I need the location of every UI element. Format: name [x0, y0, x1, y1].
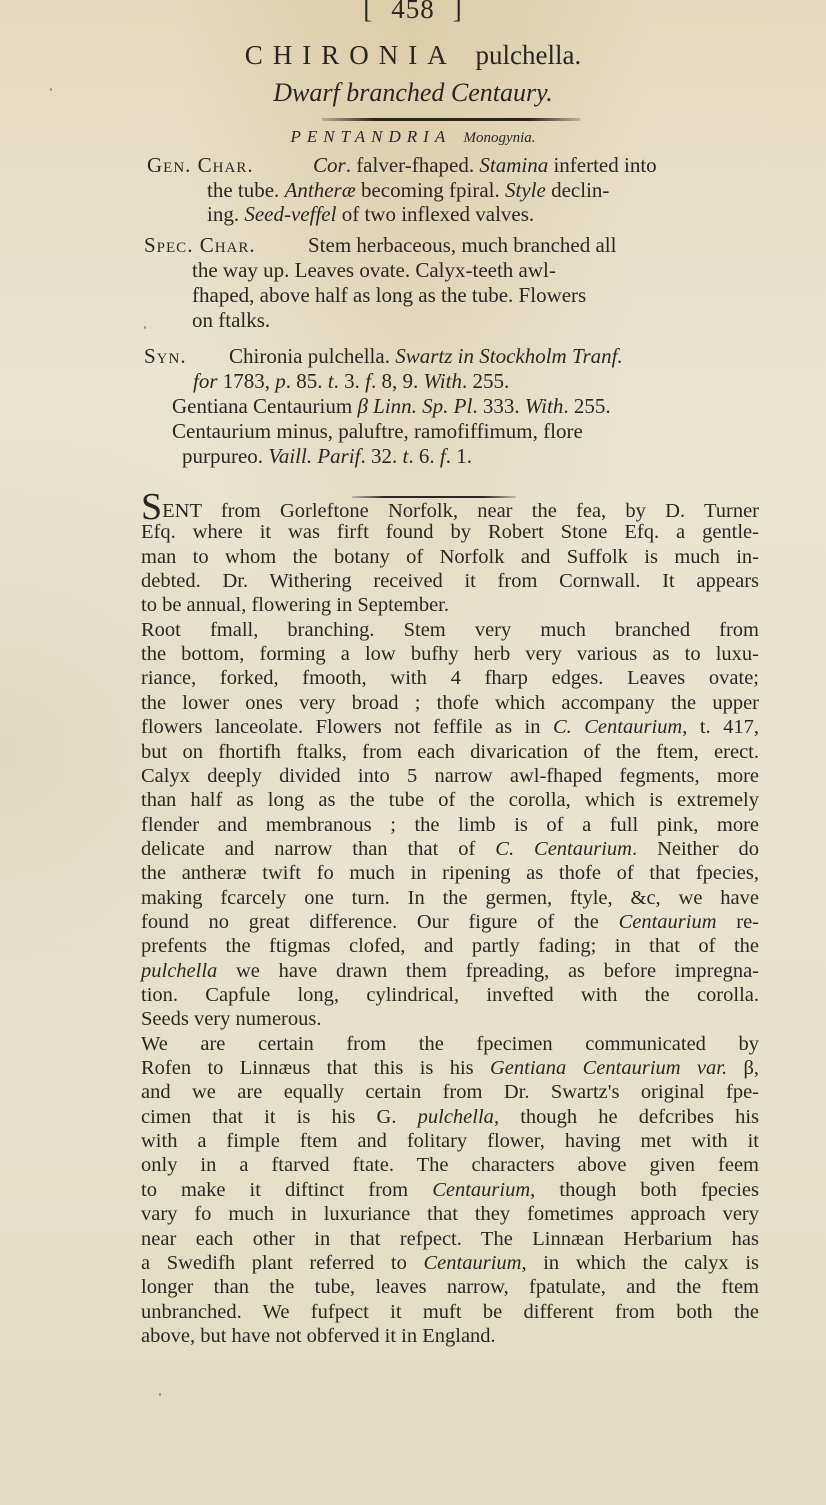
body-line: to make it diftinct from Centaurium, tho…: [141, 1179, 759, 1202]
order-name: Monogynia.: [463, 130, 535, 146]
page-title: CHIRONIA pulchella.: [0, 40, 826, 71]
paper-speck: [159, 1393, 161, 1396]
body-line: unbranched. We fufpect it muft be differ…: [141, 1301, 759, 1324]
text-run: Rofen to Linnæus that this is his: [141, 1057, 490, 1079]
text-run: . 1.: [446, 444, 472, 468]
text-run: with a fimple ftem and folitary flower, …: [141, 1130, 759, 1152]
text-run: purpureo.: [182, 444, 268, 468]
text-run: declin-: [546, 178, 610, 202]
spec-char-line: on ftalks.: [192, 308, 270, 332]
body-line: longer than the tube, leaves narrow, fpa…: [141, 1276, 759, 1299]
body-line: flender and membranous ; the limb is of …: [141, 814, 759, 837]
text-run: of two inflexed valves.: [336, 202, 534, 226]
body-line: We are certain from the fpecimen communi…: [141, 1033, 759, 1056]
text-run: ENT from Gorleftone Norfolk, near the fe…: [162, 500, 759, 522]
body-line: to be annual, flowering in September.: [141, 594, 759, 617]
text-run: . 8, 9.: [371, 369, 424, 393]
text-run: making fcarcely one turn. In the germen,…: [141, 887, 759, 909]
text-run: Root fmall, branching. Stem very much br…: [141, 619, 759, 641]
paper-speck: [144, 326, 146, 329]
page-number: [458]: [0, 0, 826, 25]
left-bracket: [: [363, 0, 373, 25]
text-run: , though he defcribes his: [494, 1106, 759, 1128]
text-run: . 255.: [563, 394, 610, 418]
text-run: Stem herbaceous, much branched all: [308, 233, 616, 257]
text-run: Calyx deeply divided into 5 narrow awl-f…: [141, 765, 759, 787]
text-run: We are certain from the fpecimen communi…: [141, 1033, 759, 1055]
italic-run: for: [193, 369, 218, 393]
text-run: to make it diftinct from: [141, 1179, 432, 1201]
top-divider: [322, 118, 580, 121]
text-run: the lower ones very broad ; thofe which …: [141, 692, 759, 714]
body-line: the lower ones very broad ; thofe which …: [141, 692, 759, 715]
text-run: the antheræ twift fo much in ripening as…: [141, 862, 759, 884]
text-run: . 6.: [408, 444, 440, 468]
italic-run: Gentiana Centaurium var.: [490, 1057, 727, 1079]
italic-run: Seed-veffel: [244, 202, 336, 226]
italic-run: With: [423, 369, 462, 393]
body-line: the antheræ twift fo much in ripening as…: [141, 862, 759, 885]
body-line: above, but have not obferved it in Engla…: [141, 1325, 759, 1348]
body-line: delicate and narrow than that of C. Cent…: [141, 838, 759, 861]
text-run: flowers lanceolate. Flowers not feffile …: [141, 716, 553, 738]
text-run: the way up. Leaves ovate. Calyx-teeth aw…: [192, 258, 556, 282]
italic-run: Centaurium: [432, 1179, 530, 1201]
text-run: . Neither do: [632, 838, 759, 860]
body-line: found no great difference. Our figure of…: [141, 911, 759, 934]
body-line: vary fo much in luxuriance that they fom…: [141, 1203, 759, 1226]
italic-run: With: [525, 394, 564, 418]
text-run: unbranched. We fufpect it muft be differ…: [141, 1301, 759, 1323]
text-run: Centaurium minus, paluftre, ramofiffimum…: [172, 419, 583, 443]
italic-run: C. Centaurium: [495, 838, 632, 860]
text-run: a Swedifh plant referred to: [141, 1252, 424, 1274]
gen-char-label: Gen. Char.: [147, 153, 254, 177]
species-name: pulchella.: [476, 40, 582, 70]
body-line: than half as long as the tube of the cor…: [141, 789, 759, 812]
text-run: , though both fpecies: [530, 1179, 759, 1201]
body-line: Efq. where it was firft found by Robert …: [141, 521, 759, 544]
text-run: , in which the calyx is: [521, 1252, 759, 1274]
text-run: vary fo much in luxuriance that they fom…: [141, 1203, 759, 1225]
text-run: β,: [727, 1057, 759, 1079]
text-run: re-: [717, 911, 759, 933]
body-line: pulchella we have drawn them fpreading, …: [141, 960, 759, 983]
text-run: the bottom, forming a low bufhy herb ver…: [141, 643, 759, 665]
text-run: longer than the tube, leaves narrow, fpa…: [141, 1276, 759, 1298]
body-line: and we are equally certain from Dr. Swar…: [141, 1081, 759, 1104]
text-run: and we are equally certain from Dr. Swar…: [141, 1081, 759, 1103]
synonym-line: purpureo. Vaill. Parif. 32. t. 6. f. 1.: [182, 444, 472, 468]
text-run: near each other in that refpect. The Lin…: [141, 1228, 759, 1250]
synonym-line: Gentiana Centaurium β Linn. Sp. Pl. 333.…: [172, 394, 611, 418]
text-run: ing.: [207, 202, 244, 226]
text-run: Chironia pulchella.: [229, 344, 395, 368]
body-line: tion. Capfule long, cylindrical, invefte…: [141, 984, 759, 1007]
text-run: . 333.: [472, 394, 525, 418]
spec-char-line: the way up. Leaves ovate. Calyx-teeth aw…: [192, 258, 556, 282]
text-run: above, but have not obferved it in Engla…: [141, 1325, 496, 1347]
right-bracket: ]: [453, 0, 463, 25]
italic-run: p: [275, 369, 286, 393]
italic-run: C. Centaurium: [553, 716, 682, 738]
italic-run: pulchella: [141, 960, 217, 982]
text-run: but on fhortifh ftalks, from each divari…: [141, 741, 759, 763]
spec-char-label: Spec. Char.: [144, 233, 256, 257]
italic-run: Style: [505, 178, 546, 202]
page-number-value: 458: [391, 0, 435, 24]
italic-run: Centaurium: [619, 911, 717, 933]
body-line: man to whom the botany of Norfolk and Su…: [141, 546, 759, 569]
body-line: only in a ftarved ftate. The characters …: [141, 1154, 759, 1177]
text-run: tion. Capfule long, cylindrical, invefte…: [141, 984, 759, 1006]
body-line: near each other in that refpect. The Lin…: [141, 1228, 759, 1251]
italic-run: Stamina: [479, 153, 548, 177]
text-run: fhaped, above half as long as the tube. …: [192, 283, 586, 307]
body-line: making fcarcely one turn. In the germen,…: [141, 887, 759, 910]
syn-label: Syn.: [144, 344, 187, 368]
text-run: becoming fpiral.: [356, 178, 505, 202]
text-run: the tube.: [207, 178, 285, 202]
body-line: Calyx deeply divided into 5 narrow awl-f…: [141, 765, 759, 788]
body-line: prefents the ftigmas clofed, and partly …: [141, 935, 759, 958]
body-line: with a fimple ftem and folitary flower, …: [141, 1130, 759, 1153]
body-line: Root fmall, branching. Stem very much br…: [141, 619, 759, 642]
text-run: to be annual, flowering in September.: [141, 594, 449, 616]
synonym-line: Centaurium minus, paluftre, ramofiffimum…: [172, 419, 583, 443]
body-line: Seeds very numerous.: [141, 1008, 759, 1031]
text-run: inferted into: [548, 153, 656, 177]
body-line: cimen that it is his G. pulchella, thoug…: [141, 1106, 759, 1129]
italic-run: Swartz in Stockholm Tranf.: [395, 344, 623, 368]
italic-run: Centaurium: [424, 1252, 522, 1274]
paper-speck: [50, 88, 52, 91]
body-line: Rofen to Linnæus that this is his Gentia…: [141, 1057, 759, 1080]
body-line: riance, forked, fmooth, with 4 fharp edg…: [141, 667, 759, 690]
spec-char-line: Stem herbaceous, much branched all: [308, 233, 616, 257]
text-run: . 3.: [334, 369, 366, 393]
genus-name: CHIRONIA: [245, 40, 457, 70]
text-run: only in a ftarved ftate. The characters …: [141, 1154, 759, 1176]
text-run: flender and membranous ; the limb is of …: [141, 814, 759, 836]
text-run: . 32.: [361, 444, 403, 468]
italic-run: Vaill. Parif: [268, 444, 360, 468]
text-run: prefents the ftigmas clofed, and partly …: [141, 935, 759, 957]
text-run: 1783,: [218, 369, 276, 393]
text-run: than half as long as the tube of the cor…: [141, 789, 759, 811]
gen-char-line: Cor. falver-fhaped. Stamina inferted int…: [313, 153, 657, 177]
text-run: man to whom the botany of Norfolk and Su…: [141, 546, 759, 568]
italic-run: Antheræ: [285, 178, 356, 202]
gen-char-line: the tube. Antheræ becoming fpiral. Style…: [207, 178, 609, 202]
text-run: Gentiana Centaurium: [172, 394, 357, 418]
body-line: flowers lanceolate. Flowers not feffile …: [141, 716, 759, 739]
text-run: found no great difference. Our figure of…: [141, 911, 619, 933]
spec-char-line: fhaped, above half as long as the tube. …: [192, 283, 586, 307]
text-run: . falver-fhaped.: [346, 153, 480, 177]
linnaean-classification: PENTANDRIA Monogynia.: [0, 127, 826, 147]
text-run: Efq. where it was firft found by Robert …: [141, 521, 759, 543]
class-name: PENTANDRIA: [290, 127, 451, 146]
text-run: on ftalks.: [192, 308, 270, 332]
text-run: debted. Dr. Withering received it from C…: [141, 570, 759, 592]
text-run: Seeds very numerous.: [141, 1008, 321, 1030]
common-name: Dwarf branched Centaury.: [0, 78, 826, 108]
text-run: . 255.: [462, 369, 509, 393]
gen-char-line: ing. Seed-veffel of two inflexed valves.: [207, 202, 534, 226]
book-page: [458] CHIRONIA pulchella. Dwarf branched…: [0, 0, 826, 1505]
italic-run: pulchella: [418, 1106, 494, 1128]
text-run: , t. 417,: [682, 716, 759, 738]
text-run: . 85.: [286, 369, 328, 393]
synonym-line: for 1783, p. 85. t. 3. f. 8, 9. With. 25…: [193, 369, 509, 393]
text-run: delicate and narrow than that of: [141, 838, 495, 860]
body-line: a Swedifh plant referred to Centaurium, …: [141, 1252, 759, 1275]
body-line: but on fhortifh ftalks, from each divari…: [141, 741, 759, 764]
text-run: riance, forked, fmooth, with 4 fharp edg…: [141, 667, 759, 689]
body-line: SENT from Gorleftone Norfolk, near the f…: [141, 497, 759, 523]
body-line: debted. Dr. Withering received it from C…: [141, 570, 759, 593]
italic-run: Cor: [313, 153, 346, 177]
text-run: we have drawn them fpreading, as before …: [217, 960, 759, 982]
synonym-line: Chironia pulchella. Swartz in Stockholm …: [229, 344, 623, 368]
body-line: the bottom, forming a low bufhy herb ver…: [141, 643, 759, 666]
italic-run: β Linn. Sp. Pl: [357, 394, 472, 418]
text-run: cimen that it is his G.: [141, 1106, 418, 1128]
